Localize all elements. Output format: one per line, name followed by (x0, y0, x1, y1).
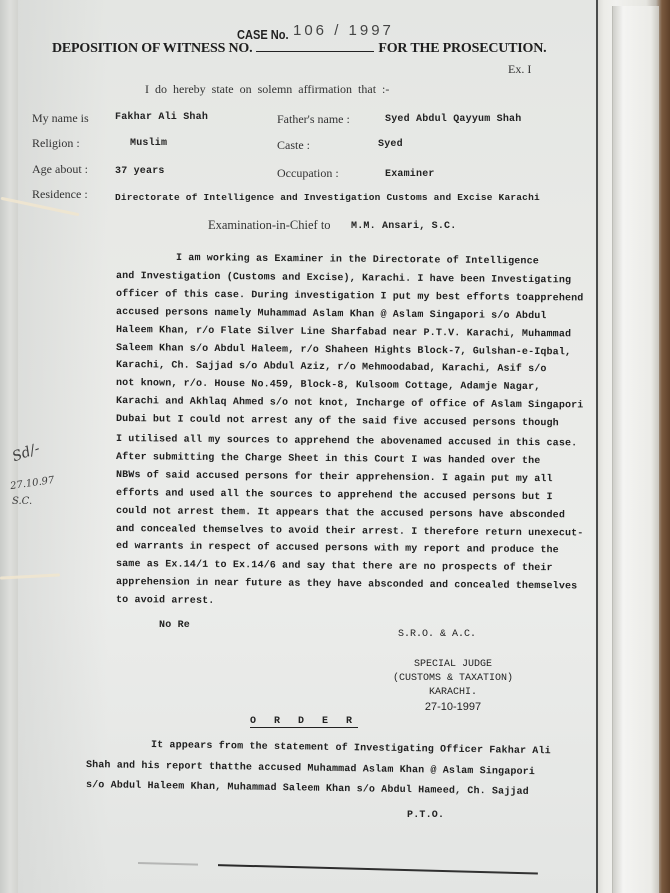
margin-note: S.C. (12, 496, 32, 507)
statement-line: and Investigation (Customs and Excise), … (116, 271, 571, 286)
statement-line: to avoid arrest. (116, 595, 215, 607)
deposition-page: CASE No. 106 / 1997 DEPOSITION OF WITNES… (18, 0, 598, 893)
statement-line: Saleem Khan s/o Abdul Haleem, r/o Shahee… (116, 343, 571, 358)
father-value: Syed Abdul Qayyum Shah (385, 114, 521, 125)
order-heading: O R D E R (250, 716, 358, 728)
residence-label: Residence : (32, 187, 88, 202)
statement-line: not known, r/o. House No.459, Block-8, K… (116, 378, 541, 393)
statement-line: and concealed themselves to avoid their … (116, 524, 584, 539)
affirmation-text: I do hereby state on solemn affirmation … (145, 82, 389, 97)
statement-line: same as Ex.14/1 to Ex.14/6 and say that … (116, 559, 553, 574)
statement-line: I utilised all my sources to apprehend t… (116, 434, 577, 449)
judge-court: (CUSTOMS & TAXATION) (358, 672, 548, 686)
statement-line: efforts and used all the sources to appr… (116, 488, 553, 503)
statement-line: NBWs of said accused persons for their a… (116, 470, 553, 485)
name-value: Fakhar Ali Shah (115, 112, 208, 123)
occupation-label: Occupation : (277, 166, 339, 181)
statement-line: accused persons namely Muhammad Aslam Kh… (116, 307, 547, 322)
residence-value: Directorate of Intelligence and Investig… (115, 192, 540, 203)
deposition-suffix: FOR THE PROSECUTION. (378, 41, 546, 56)
judge-city: KARACHI. (358, 686, 548, 700)
name-label: My name is (32, 111, 89, 126)
religion-label: Religion : (32, 136, 80, 151)
case-number: 106 / 1997 (293, 22, 394, 39)
order-line: It appears from the statement of Investi… (151, 740, 551, 757)
examination-counsel: M.M. Ansari, S.C. (351, 221, 456, 232)
age-label: Age about : (32, 162, 88, 177)
no-re-note: No Re (159, 620, 190, 631)
sro-ac: S.R.O. & A.C. (398, 628, 476, 642)
caste-value: Syed (378, 139, 403, 150)
statement-line: Dubai but I could not arrest any of the … (116, 414, 559, 429)
statement-line: apprehension in near future as they have… (116, 577, 577, 592)
statement-line: ed warrants in respect of accused person… (116, 541, 559, 556)
caste-label: Caste : (277, 138, 310, 153)
judge-stamp: SPECIAL JUDGE (CUSTOMS & TAXATION) KARAC… (358, 658, 548, 714)
age-value: 37 years (115, 166, 165, 177)
examination-label: Examination-in-Chief to (208, 218, 331, 233)
father-label: Father's name : (277, 112, 350, 127)
judge-date: 27-10-1997 (358, 700, 548, 714)
statement-line: Karachi, Ch. Sajjad s/o Abdul Aziz, r/o … (116, 360, 547, 375)
judge-title: SPECIAL JUDGE (358, 658, 548, 672)
statement-line: could not arrest them. It appears that t… (116, 506, 565, 521)
statement-line: I am working as Examiner in the Director… (176, 253, 539, 267)
exhibit-mark: Ex. I (508, 62, 531, 77)
stacked-page-sheet (612, 6, 659, 893)
pto-mark: P.T.O. (407, 810, 444, 821)
deposition-title: DEPOSITION OF WITNESS NO.FOR THE PROSECU… (52, 41, 546, 57)
statement-line: officer of this case. During investigati… (116, 289, 584, 304)
occupation-value: Examiner (385, 169, 435, 180)
order-line: Shah and his report thatthe accused Muha… (86, 760, 535, 778)
order-line: s/o Abdul Haleem Khan, Muhammad Saleem K… (86, 780, 529, 798)
bottom-rule (138, 862, 538, 874)
statement-line: Karachi and Akhlaq Ahmed s/o not knot, I… (116, 396, 584, 411)
statement-line: Haleem Khan, r/o Flate Silver Line Sharf… (116, 325, 571, 340)
witness-number-blank (256, 41, 374, 52)
case-label: CASE No. (237, 27, 289, 42)
deposition-prefix: DEPOSITION OF WITNESS NO. (52, 41, 252, 56)
statement-line: After submitting the Charge Sheet in thi… (116, 452, 541, 467)
religion-value: Muslim (130, 138, 167, 149)
